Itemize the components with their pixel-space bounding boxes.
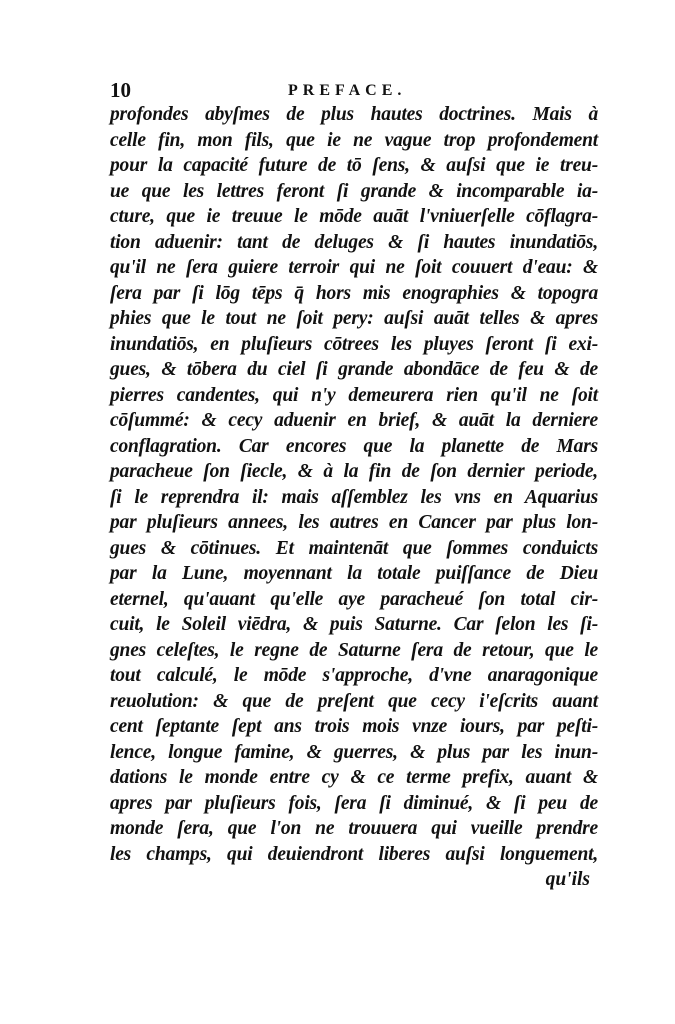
text-line: par pluſieurs annees, les autres en Canc… — [110, 510, 598, 536]
text-line: pour la capacité future de tō ſens, & au… — [110, 153, 598, 179]
text-line: monde ſera, que l'on ne trouuera qui vue… — [110, 816, 598, 842]
text-line: par la Lune, moyennant la totale puiſſan… — [110, 561, 598, 587]
text-line: pierres candentes, qui n'y demeurera rie… — [110, 383, 598, 409]
text-line: les champs, qui deuiendront liberes auſs… — [110, 842, 598, 868]
catchword: qu'ils — [110, 867, 598, 893]
text-line: reuolution: & que de preſent que cecy i'… — [110, 689, 598, 715]
text-line: gnes celeſtes, le regne de Saturne ſera … — [110, 638, 598, 664]
book-page: 10 PREFACE. profondes abyſmes de plus ha… — [110, 78, 598, 893]
text-line: tout calculé, le mōde s'approche, d'vne … — [110, 663, 598, 689]
text-line: ſera par ſi lōg tēps q̄ hors mis enograp… — [110, 281, 598, 307]
text-line: eternel, qu'auant qu'elle aye paracheué … — [110, 587, 598, 613]
text-line: conflagration. Car encores que la planet… — [110, 434, 598, 460]
text-line: profondes abyſmes de plus hautes doctrin… — [110, 102, 598, 128]
text-line: celle fin, mon fils, que ie ne vague tro… — [110, 128, 598, 154]
text-line: ue que les lettres feront ſi grande & in… — [110, 179, 598, 205]
text-line: cōſummé: & cecy aduenir en brief, & auāt… — [110, 408, 598, 434]
text-line: cent ſeptante ſept ans trois mois vnze i… — [110, 714, 598, 740]
page-number: 10 — [110, 78, 131, 102]
text-line: dations le monde entre cy & ce terme pre… — [110, 765, 598, 791]
text-line: gues, & tōbera du ciel ſi grande abondāc… — [110, 357, 598, 383]
text-line: qu'il ne ſera guiere terroir qui ne ſoit… — [110, 255, 598, 281]
text-line: ſi le reprendra il: mais aſſemblez les v… — [110, 485, 598, 511]
text-line: cuit, le Soleil viēdra, & puis Saturne. … — [110, 612, 598, 638]
running-head: 10 PREFACE. — [110, 78, 598, 102]
text-line: lence, longue famine, & guerres, & plus … — [110, 740, 598, 766]
text-line: cture, que ie treuue le mōde auāt l'vniu… — [110, 204, 598, 230]
text-line: gues & cōtinues. Et maintenāt que ſommes… — [110, 536, 598, 562]
text-line: inundatiōs, en pluſieurs cōtrees les plu… — [110, 332, 598, 358]
running-title: PREFACE. — [288, 80, 406, 102]
text-line: tion aduenir: tant de deluges & ſi haute… — [110, 230, 598, 256]
text-line: apres par pluſieurs fois, ſera ſi diminu… — [110, 791, 598, 817]
text-line: phies que le tout ne ſoit pery: auſsi au… — [110, 306, 598, 332]
text-line: paracheue ſon ſiecle, & à la fin de ſon … — [110, 459, 598, 485]
body-text: profondes abyſmes de plus hautes doctrin… — [110, 102, 598, 893]
